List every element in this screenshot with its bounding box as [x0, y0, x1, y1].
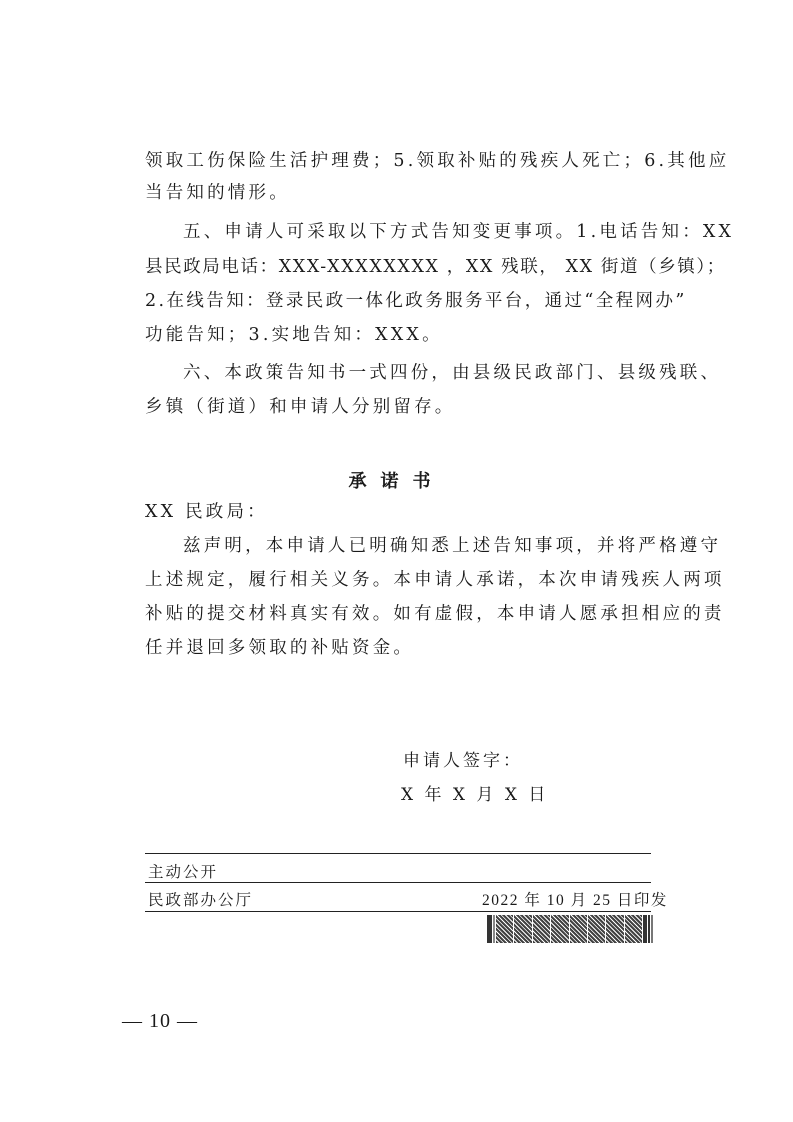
- footer-bottom-rule: [145, 911, 651, 912]
- body-line: 领取工伤保险生活护理费；5.领取补贴的残疾人死亡；6.其他应: [145, 150, 655, 172]
- pledge-title: 承诺书: [0, 467, 793, 493]
- pledge-line: 兹声明，本申请人已明确知悉上述告知事项，并将严格遵守: [183, 535, 655, 557]
- footer-top-rule: [145, 853, 651, 854]
- date-label: X 年 X 月 X 日: [401, 780, 548, 805]
- page-number: — 10 —: [122, 1010, 198, 1033]
- pledge-line: 任并退回多领取的补贴资金。: [145, 637, 655, 659]
- print-date: 2022 年 10 月 25 日印发: [482, 888, 668, 910]
- disclosure-label: 主动公开: [148, 860, 218, 882]
- body-line: 乡镇（街道）和申请人分别留存。: [145, 396, 655, 418]
- section-six-line: 六、本政策告知书一式四份，由县级民政部门、县级残联、: [183, 362, 655, 384]
- body-line: 2.在线告知：登录民政一体化政务服务平台，通过“全程网办”: [145, 290, 655, 312]
- body-line: 当告知的情形。: [145, 182, 655, 204]
- issuer-label: 民政部办公厅: [148, 888, 253, 910]
- section-five-line: 五、申请人可采取以下方式告知变更事项。1.电话告知：XX: [183, 221, 655, 243]
- body-line: 功能告知；3.实地告知：XXX。: [145, 324, 655, 346]
- barcode-icon: [487, 915, 653, 943]
- pledge-line: 补贴的提交材料真实有效。如有虚假，本申请人愿承担相应的责: [145, 603, 655, 625]
- signature-label: 申请人签字：: [403, 746, 523, 771]
- footer-middle-rule: [145, 882, 651, 883]
- pledge-line: 上述规定，履行相关义务。本申请人承诺，本次申请残疾人两项: [145, 569, 655, 591]
- body-line: 县民政局电话：XXX-XXXXXXXX ，XX 残联， XX 街道（乡镇）；: [145, 256, 655, 278]
- pledge-salutation: XX 民政局：: [145, 501, 655, 523]
